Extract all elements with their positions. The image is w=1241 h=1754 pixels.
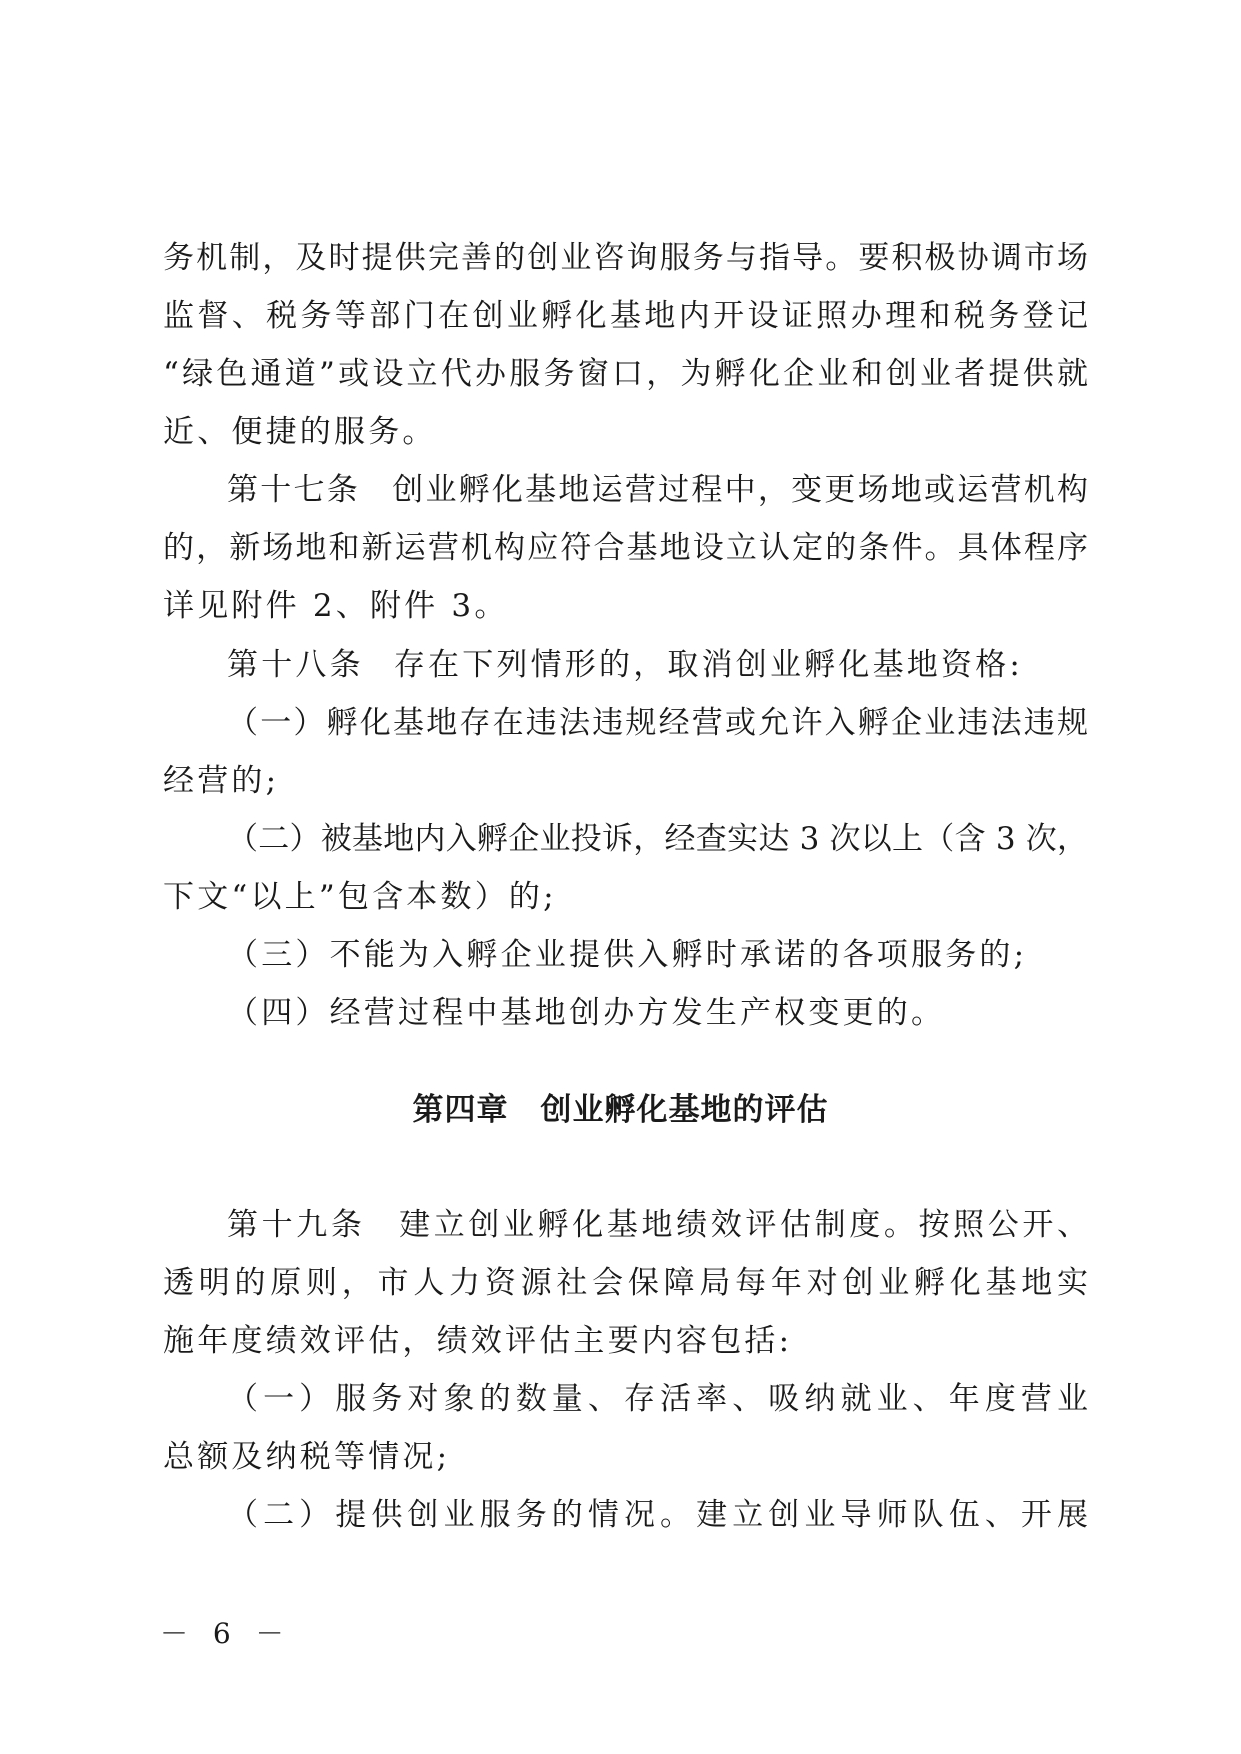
list-item-continuation: 下文“以上”包含本数）的; [163, 868, 1088, 926]
list-item-continuation: 总额及纳税等情况; [163, 1428, 1088, 1486]
article-17-first-line: 第十七条创业孵化基地运营过程中，变更场地或运营机构 [227, 461, 1088, 519]
list-item: （二）被基地内入孵企业投诉，经查实达 3 次以上（含 3 次， [227, 810, 1088, 868]
paragraph-line: 透明的原则，市人力资源社会保障局每年对创业孵化基地实 [163, 1254, 1088, 1312]
article-label: 第十八条 [227, 647, 364, 683]
list-item: （二）提供创业服务的情况。建立创业导师队伍、开展 [227, 1486, 1088, 1544]
article-label: 第十七条 [227, 472, 360, 508]
paragraph-line: 近、便捷的服务。 [163, 403, 1088, 461]
page-number: － 6 － [160, 1612, 292, 1652]
article-text: 创业孵化基地运营过程中，变更场地或运营机构 [390, 472, 1088, 508]
chapter-heading: 第四章 创业孵化基地的评估 [0, 1081, 1241, 1139]
article-18-first-line: 第十八条存在下列情形的，取消创业孵化基地资格: [227, 636, 1088, 694]
list-item: （一）服务对象的数量、存活率、吸纳就业、年度营业 [227, 1370, 1088, 1428]
paragraph-line: 务机制，及时提供完善的创业咨询服务与指导。要积极协调市场 [163, 229, 1088, 287]
list-item: （一）孵化基地存在违法违规经营或允许入孵企业违法违规 [227, 694, 1088, 752]
paragraph-line: 详见附件 2、附件 3。 [163, 577, 1088, 635]
article-text: 建立创业孵化基地绩效评估制度。按照公开、 [396, 1207, 1089, 1243]
paragraph-line: 的，新场地和新运营机构应符合基地设立认定的条件。具体程序 [163, 519, 1088, 577]
list-item-continuation: 经营的; [163, 752, 1088, 810]
article-label: 第十九条 [227, 1207, 366, 1243]
paragraph-line: “绿色通道”或设立代办服务窗口，为孵化企业和创业者提供就 [163, 345, 1088, 403]
paragraph-line: 监督、税务等部门在创业孵化基地内开设证照办理和税务登记 [163, 287, 1088, 345]
paragraph-line: 施年度绩效评估，绩效评估主要内容包括: [163, 1312, 1088, 1370]
list-item: （三）不能为入孵企业提供入孵时承诺的各项服务的; [227, 926, 1088, 984]
list-item: （四）经营过程中基地创办方发生产权变更的。 [227, 984, 1088, 1042]
article-19-first-line: 第十九条建立创业孵化基地绩效评估制度。按照公开、 [227, 1196, 1088, 1254]
article-text: 存在下列情形的，取消创业孵化基地资格: [394, 647, 1023, 683]
